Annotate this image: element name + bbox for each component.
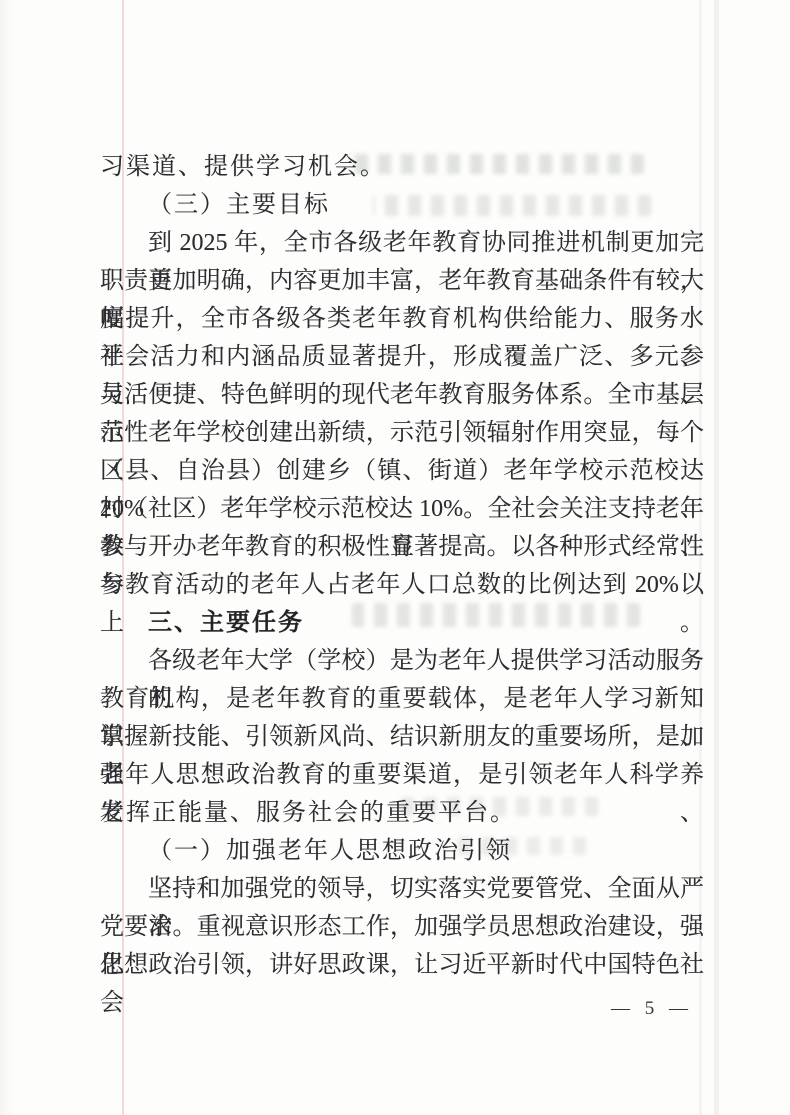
text-line: 参与开办老年教育的积极性显著提高。以各种形式经常性参 (100, 528, 704, 566)
sub-heading: （一）加强老年人思想政治引领 (100, 832, 704, 870)
text-line: 灵活便捷、特色鲜明的现代老年教育服务体系。全市基层示 (100, 376, 704, 414)
text-line: 老年人思想政治教育的重要渠道，是引领老年人科学养老、 (100, 756, 704, 794)
text-line: （县、自治县）创建乡（镇、街道）老年学校示范校达 20%、 (100, 452, 704, 490)
text-line: 党要求。重视意识形态工作，加强学员思想政治建设，强化 (100, 908, 704, 946)
scan-crease-line (714, 0, 719, 1115)
text-line: 职责更加明确，内容更加丰富，老年教育基础条件有较大幅 (100, 262, 704, 300)
text-line: 到 2025 年，全市各级老年教育协同推进机制更加完善， (100, 224, 704, 262)
sub-heading: （三）主要目标 (100, 186, 704, 224)
text-line: 坚持和加强党的领导，切实落实党要管党、全面从严治 (100, 870, 704, 908)
text-line: 习渠道、提供学习机会。 (100, 148, 704, 186)
text-line: 教育机构，是老年教育的重要载体，是老年人学习新知识、 (100, 680, 704, 718)
text-line: 度提升，全市各级各类老年教育机构供给能力、服务水平、 (100, 300, 704, 338)
text-line: 掌握新技能、引领新风尚、结识新朋友的重要场所，是加强 (100, 718, 704, 756)
text-line: 社会活力和内涵品质显著提升，形成覆盖广泛、多元参与、 (100, 338, 704, 376)
scanned-document-page: 习渠道、提供学习机会。 （三）主要目标 到 2025 年，全市各级老年教育协同推… (0, 0, 790, 1115)
text-line: 各级老年大学（学校）是为老年人提供学习活动服务的 (100, 642, 704, 680)
text-line: 村（社区）老年学校示范校达 10%。全社会关注支持老年教育、 (100, 490, 704, 528)
document-body-text: 习渠道、提供学习机会。 （三）主要目标 到 2025 年，全市各级老年教育协同推… (100, 148, 704, 984)
text-line: 范性老年学校创建出新绩，示范引领辐射作用突显，每个区 (100, 414, 704, 452)
text-line: 与教育活动的老年人占老年人口总数的比例达到 20%以上。 (100, 566, 704, 604)
text-line: 思想政治引领，讲好思政课，让习近平新时代中国特色社会 (100, 946, 704, 984)
page-number: — 5 — (592, 998, 712, 1020)
